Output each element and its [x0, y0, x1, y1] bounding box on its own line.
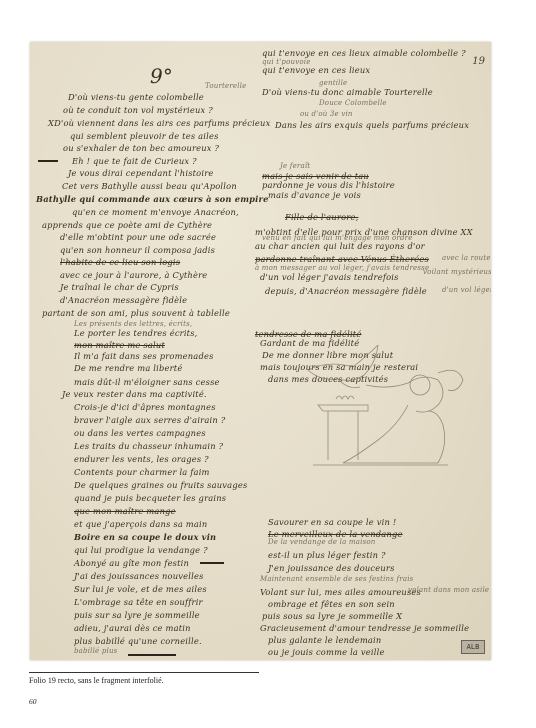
manuscript-line: Les présents des lettres, écrits, — [74, 320, 192, 328]
manuscript-line: Je vous dirai cependant l'histoire — [68, 168, 214, 178]
manuscript-line: d'Anacréon messagère fidèle — [60, 295, 187, 305]
manuscript-line: puis sur sa lyre je sommeille — [74, 610, 200, 620]
manuscript-line: Eh ! que te fait de Curieux ? — [72, 156, 197, 166]
manuscript-line: l'habite de ce lieu son logis — [60, 257, 180, 267]
manuscript-line: De quelques graines ou fruits sauvages — [74, 480, 247, 490]
manuscript-line: gentille — [319, 79, 347, 87]
manuscript-line: mais dût-il m'éloigner sans cesse — [74, 377, 220, 387]
manuscript-line: qui t'envoye en ces lieux aimable colomb… — [262, 48, 466, 58]
manuscript-line: Cet vers Bathylle aussi beau qu'Apollon — [62, 181, 237, 191]
manuscript-line: ou s'exhaler de ton bec amoureux ? — [63, 143, 219, 153]
manuscript-line: avec la route éthérée — [442, 254, 491, 262]
manuscript-line: De me rendre ma liberté — [74, 363, 182, 373]
manuscript-line: depuis, d'Anacréon messagère fidèle — [265, 286, 427, 296]
manuscript-line: J'en jouissance des douceurs — [268, 563, 395, 573]
manuscript-line: d'un vol léger de — [442, 286, 491, 294]
manuscript-line: Crois-je d'ici d'âpres montagnes — [74, 402, 216, 412]
manuscript-line: De la vendange de la maison — [268, 538, 376, 546]
section-mark: 9° — [150, 64, 173, 88]
manuscript-line: Dans les airs exquis quels parfums préci… — [275, 120, 469, 130]
manuscript-line: Sur lui je vole, et de mes ailes — [74, 584, 207, 594]
flourish-dash — [128, 654, 176, 656]
manuscript-line: Savourer en sa coupe le vin ! — [268, 517, 396, 527]
figure-caption: Folio 19 recto, sans le fragment interfo… — [29, 676, 164, 685]
manuscript-line: Bathylle qui commande aux cœurs à son em… — [36, 194, 269, 204]
manuscript-line: Il m'a fait dans ses promenades — [74, 351, 214, 361]
manuscript-line: Je veux rester dans ma captivité. — [62, 389, 207, 399]
manuscript-line: Fille de l'aurore, — [285, 212, 358, 222]
manuscript-line: qu'en son honneur il composa jadis — [60, 245, 215, 255]
manuscript-line: que mon maître mange — [74, 506, 176, 516]
manuscript-line: volant dans mon asile — [408, 586, 489, 594]
manuscript-line: mon maître me salut — [74, 340, 165, 350]
manuscript-line: Maintenant ensemble de ses festins frais — [260, 575, 413, 583]
manuscript-line: Contents pour charmer la faim — [74, 467, 210, 477]
manuscript-line: adieu, j'aurai dès ce matin — [74, 623, 191, 633]
manuscript-line: pardonne traînant avec Vénus Étherées — [255, 254, 429, 264]
manuscript-page: 9° 19 TourterelleD'où viens-tu gente col… — [30, 42, 491, 660]
manuscript-line: et que j'aperçois dans sa main — [74, 519, 207, 529]
manuscript-line: à mon messager au vol léger, j'avais ten… — [255, 264, 429, 272]
manuscript-line: avec ce jour à l'aurore, à Cythère — [60, 270, 207, 280]
library-stamp: ALB — [461, 640, 485, 654]
caption-divider — [29, 672, 259, 673]
manuscript-line: qui lui prodigue la vendange ? — [74, 545, 208, 555]
manuscript-line: apprends que ce poète ami de Cythère — [42, 220, 212, 230]
manuscript-line: ombrage et fêtes en son sein — [268, 599, 395, 609]
manuscript-line: Je feraît — [280, 162, 310, 170]
manuscript-line: plus babillé qu'une corneille. — [74, 636, 202, 646]
folio-number: 19 — [472, 56, 485, 67]
manuscript-line: qu'en ce moment m'envoye Anacréon, — [72, 207, 239, 217]
manuscript-line: où te conduit ton vol mystérieux ? — [63, 105, 213, 115]
manuscript-line: babillé plus — [74, 647, 117, 655]
manuscript-line: D'où viens-tu gente colombelle — [68, 92, 204, 102]
manuscript-line: d'un vol léger j'avais tendrefois — [260, 272, 399, 282]
manuscript-line: D'où viens-tu donc aimable Tourterelle — [262, 87, 433, 97]
page-number: 60 — [29, 697, 37, 706]
manuscript-line: Le porter les tendres écrits, — [74, 328, 198, 338]
manuscript-line: L'ombrage sa tête en souffrir — [74, 597, 203, 607]
manuscript-line: voilant mystérieusement — [423, 268, 491, 276]
manuscript-line: ou d'où 3e vin — [300, 110, 353, 118]
manuscript-line: Abonyé au gîte mon festin — [74, 558, 189, 568]
manuscript-line: Douce Colombelle — [319, 99, 387, 107]
manuscript-line: au char ancien qui luit des rayons d'or — [255, 241, 425, 251]
manuscript-line: endurer les vents, les orages ? — [74, 454, 209, 464]
margin-dash — [200, 562, 224, 564]
manuscript-line: XD'où viennent dans les airs ces parfums… — [48, 118, 270, 128]
manuscript-line: plus galante le lendemain — [268, 635, 381, 645]
manuscript-line: Tourterelle — [205, 82, 246, 90]
manuscript-line: d'elle m'obtint pour une ode sacrée — [60, 232, 216, 242]
manuscript-line: J'ai des jouissances nouvelles — [74, 571, 204, 581]
manuscript-line: est-il un plus léger festin ? — [268, 550, 386, 560]
manuscript-line: Volant sur lui, mes ailes amoureuses — [260, 587, 421, 597]
manuscript-line: qui t'envoye en ces lieux — [262, 65, 370, 75]
cupid-dove-sketch — [298, 345, 468, 480]
margin-dash — [38, 160, 58, 162]
manuscript-line: pardonne je vous dis l'histoire — [262, 180, 395, 190]
manuscript-line: mais d'avance je vois — [268, 190, 361, 200]
manuscript-line: quand je puis becqueter les grains — [74, 493, 226, 503]
manuscript-line: Gracieusement d'amour tendresse je somme… — [260, 623, 469, 633]
manuscript-line: ou je jouis comme la veille — [268, 647, 385, 657]
manuscript-line: braver l'aigle aux serres d'airain ? — [74, 415, 225, 425]
manuscript-line: partant de son ami, plus souvent à table… — [42, 308, 230, 318]
manuscript-line: Les traits du chasseur inhumain ? — [74, 441, 223, 451]
manuscript-line: ou dans les vertes campagnes — [74, 428, 206, 438]
manuscript-line: Boire en sa coupe le doux vin — [74, 532, 216, 542]
manuscript-line: Je traînai le char de Cypris — [60, 282, 179, 292]
manuscript-line: qui semblent pleuvoir de tes ailes — [70, 131, 219, 141]
manuscript-line: puis sous sa lyre je sommeille X — [262, 611, 402, 621]
